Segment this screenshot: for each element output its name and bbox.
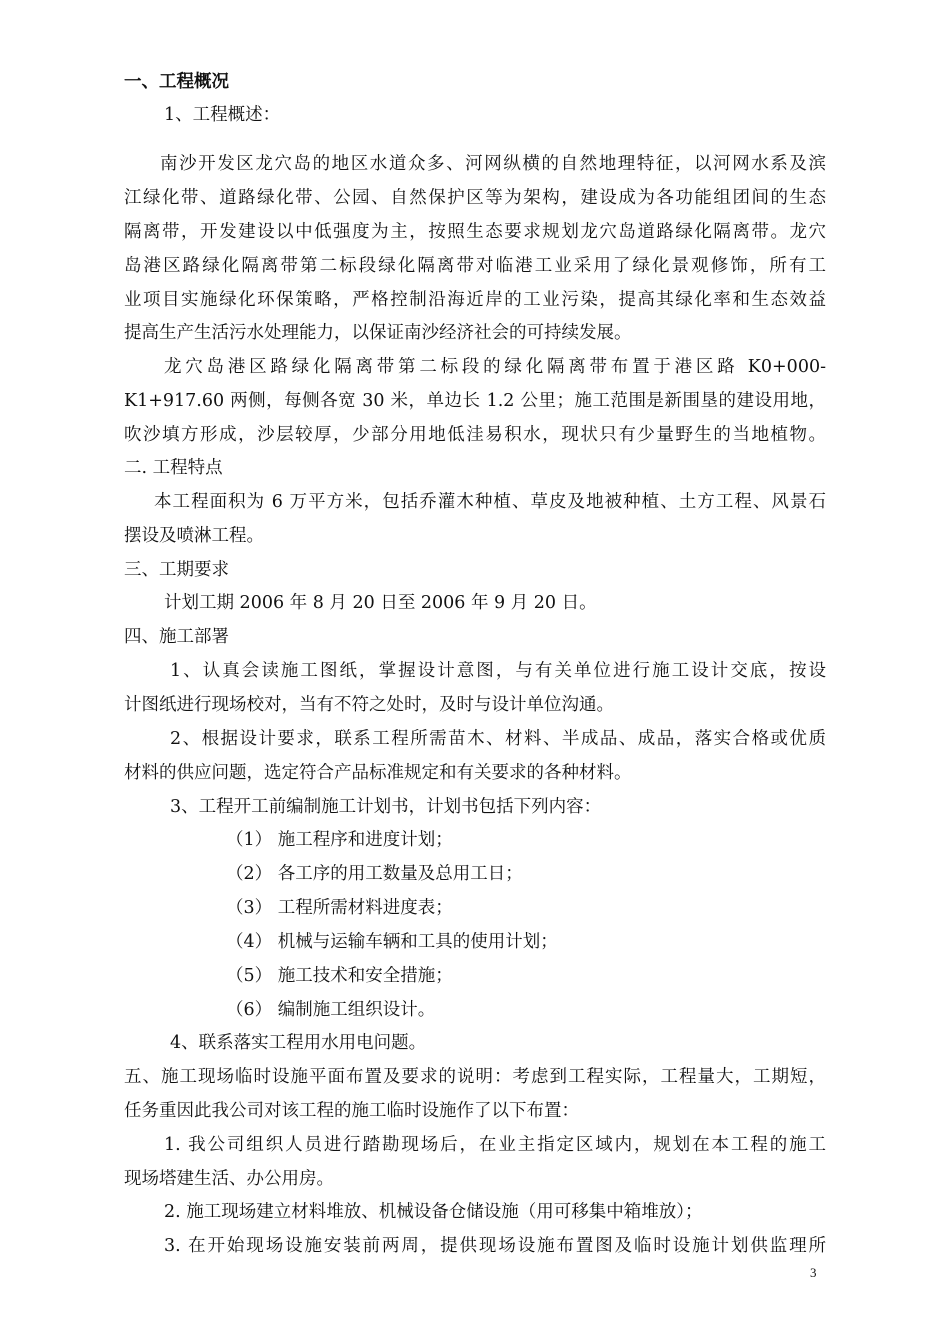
text-line: 任务重因此我公司对该工程的施工临时设施作了以下布置： (124, 1099, 579, 1123)
text-line: （4） 机械与运输车辆和工具的使用计划； (226, 930, 558, 954)
text-line: 五、施工现场临时设施平面布置及要求的说明：考虑到工程实际，工程量大，工期短， (124, 1065, 826, 1089)
section-heading: 一、工程概况 (124, 70, 229, 94)
text-line: 1、认真会读施工图纸，掌握设计意图，与有关单位进行施工设计交底，按设 (170, 659, 826, 683)
text-line: 1、工程概述： (164, 103, 280, 127)
text-line: 四、施工部署 (124, 625, 229, 649)
text-line: 4、联系落实工程用水用电问题。 (170, 1031, 426, 1055)
text-line: 三、工期要求 (124, 558, 229, 582)
text-line: 提高生产生活污水处理能力，以保证南沙经济社会的可持续发展。 (124, 321, 632, 345)
text-line: 材料的供应问题，选定符合产品标准规定和有关要求的各种材料。 (124, 761, 632, 785)
document-page: 一、工程概况1、工程概述：南沙开发区龙穴岛的地区水道众多、河网纵横的自然地理特征… (0, 0, 950, 1344)
text-line: 2、根据设计要求，联系工程所需苗木、材料、半成品、成品，落实合格或优质 (170, 727, 826, 751)
text-line: 二. 工程特点 (124, 456, 223, 480)
text-line: （3） 工程所需材料进度表； (226, 896, 453, 920)
text-line: K1+917.60 两侧，每侧各宽 30 米，单边长 1.2 公里；施工范围是新… (124, 389, 826, 413)
text-line: 南沙开发区龙穴岛的地区水道众多、河网纵横的自然地理特征，以河网水系及滨 (160, 152, 826, 176)
text-line: 业项目实施绿化环保策略，严格控制沿海近岸的工业污染，提高其绿化率和生态效益 (124, 288, 826, 312)
page-number: 3 (810, 1265, 817, 1281)
text-line: （2） 各工序的用工数量及总用工日； (226, 862, 523, 886)
text-line: 1. 我公司组织人员进行踏勘现场后，在业主指定区域内，规划在本工程的施工 (164, 1133, 826, 1157)
text-line: 吹沙填方形成，沙层较厚，少部分用地低洼易积水，现状只有少量野生的当地植物。 (124, 423, 826, 447)
text-line: 计图纸进行现场校对，当有不符之处时，及时与设计单位沟通。 (124, 693, 614, 717)
text-line: 计划工期 2006 年 8 月 20 日至 2006 年 9 月 20 日。 (164, 591, 597, 615)
text-line: 3、工程开工前编制施工计划书，计划书包括下列内容： (170, 795, 601, 819)
text-line: 现场塔建生活、办公用房。 (124, 1167, 334, 1191)
text-line: 岛港区路绿化隔离带第二标段绿化隔离带对临港工业采用了绿化景观修饰，所有工 (124, 254, 826, 278)
text-line: 本工程面积为 6 万平方米，包括乔灌木种植、草皮及地被种植、土方工程、风景石 (154, 490, 826, 514)
text-line: （6） 编制施工组织设计。 (226, 998, 435, 1022)
text-line: 江绿化带、道路绿化带、公园、自然保护区等为架构，建设成为各功能组团间的生态 (124, 186, 826, 210)
text-line: （1） 施工程序和进度计划； (226, 828, 453, 852)
text-line: 龙穴岛港区路绿化隔离带第二标段的绿化隔离带布置于港区路 K0+000- (164, 355, 826, 379)
text-line: 隔离带，开发建设以中低强度为主，按照生态要求规划龙穴岛道路绿化隔离带。龙穴 (124, 220, 826, 244)
text-line: （5） 施工技术和安全措施； (226, 964, 453, 988)
text-line: 3. 在开始现场设施安装前两周，提供现场设施布置图及临时设施计划供监理所 (164, 1234, 826, 1258)
text-line: 摆设及喷淋工程。 (124, 524, 264, 548)
text-line: 2. 施工现场建立材料堆放、机械设备仓储设施（用可移集中箱堆放）； (164, 1200, 703, 1224)
